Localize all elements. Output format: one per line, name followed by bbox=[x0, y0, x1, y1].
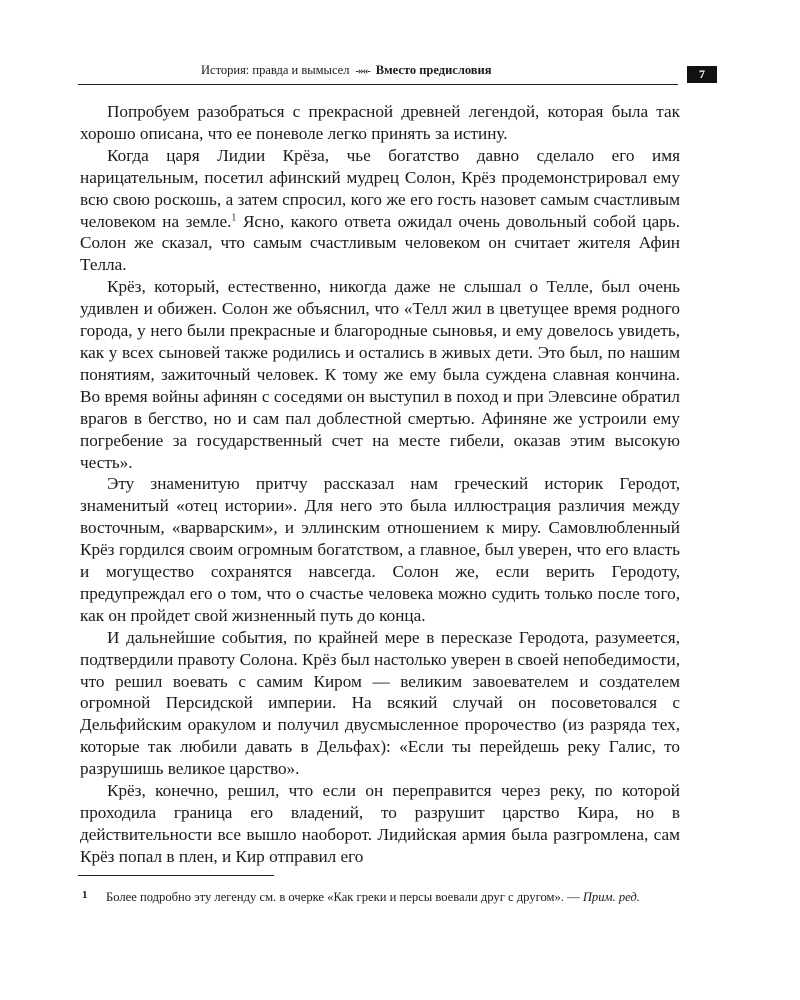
body-text: Попробуем разобраться с прекрасной древн… bbox=[80, 101, 680, 868]
editor-note: Прим. ред. bbox=[583, 890, 640, 904]
footnote-body: Более подробно эту легенду см. в очерке … bbox=[106, 890, 583, 904]
footnote: 1 Более подробно эту легенду см. в очерк… bbox=[80, 889, 680, 906]
footnote-number: 1 bbox=[82, 887, 88, 904]
footnote-text: Более подробно эту легенду см. в очерке … bbox=[106, 889, 680, 906]
book-title: История: правда и вымысел bbox=[201, 63, 349, 77]
footnote-divider bbox=[78, 875, 274, 876]
paragraph: И дальнейшие события, по крайней мере в … bbox=[80, 627, 680, 780]
page-number: 7 bbox=[687, 66, 717, 83]
ornament-icon: -»«- bbox=[355, 65, 369, 77]
header-text: История: правда и вымысел-»«-Вместо пред… bbox=[201, 63, 492, 78]
paragraph: Крёз, который, естественно, никогда даже… bbox=[80, 276, 680, 473]
paragraph: Эту знаменитую притчу рассказал нам греч… bbox=[80, 473, 680, 626]
chapter-title: Вместо предисловия bbox=[376, 63, 492, 77]
paragraph: Когда царя Лидии Крёза, чье богатство да… bbox=[80, 145, 680, 276]
paragraph: Крёз, конечно, решил, что если он перепр… bbox=[80, 780, 680, 868]
paragraph: Попробуем разобраться с прекрасной древн… bbox=[80, 101, 680, 145]
running-header: История: правда и вымысел-»«-Вместо пред… bbox=[78, 62, 678, 85]
